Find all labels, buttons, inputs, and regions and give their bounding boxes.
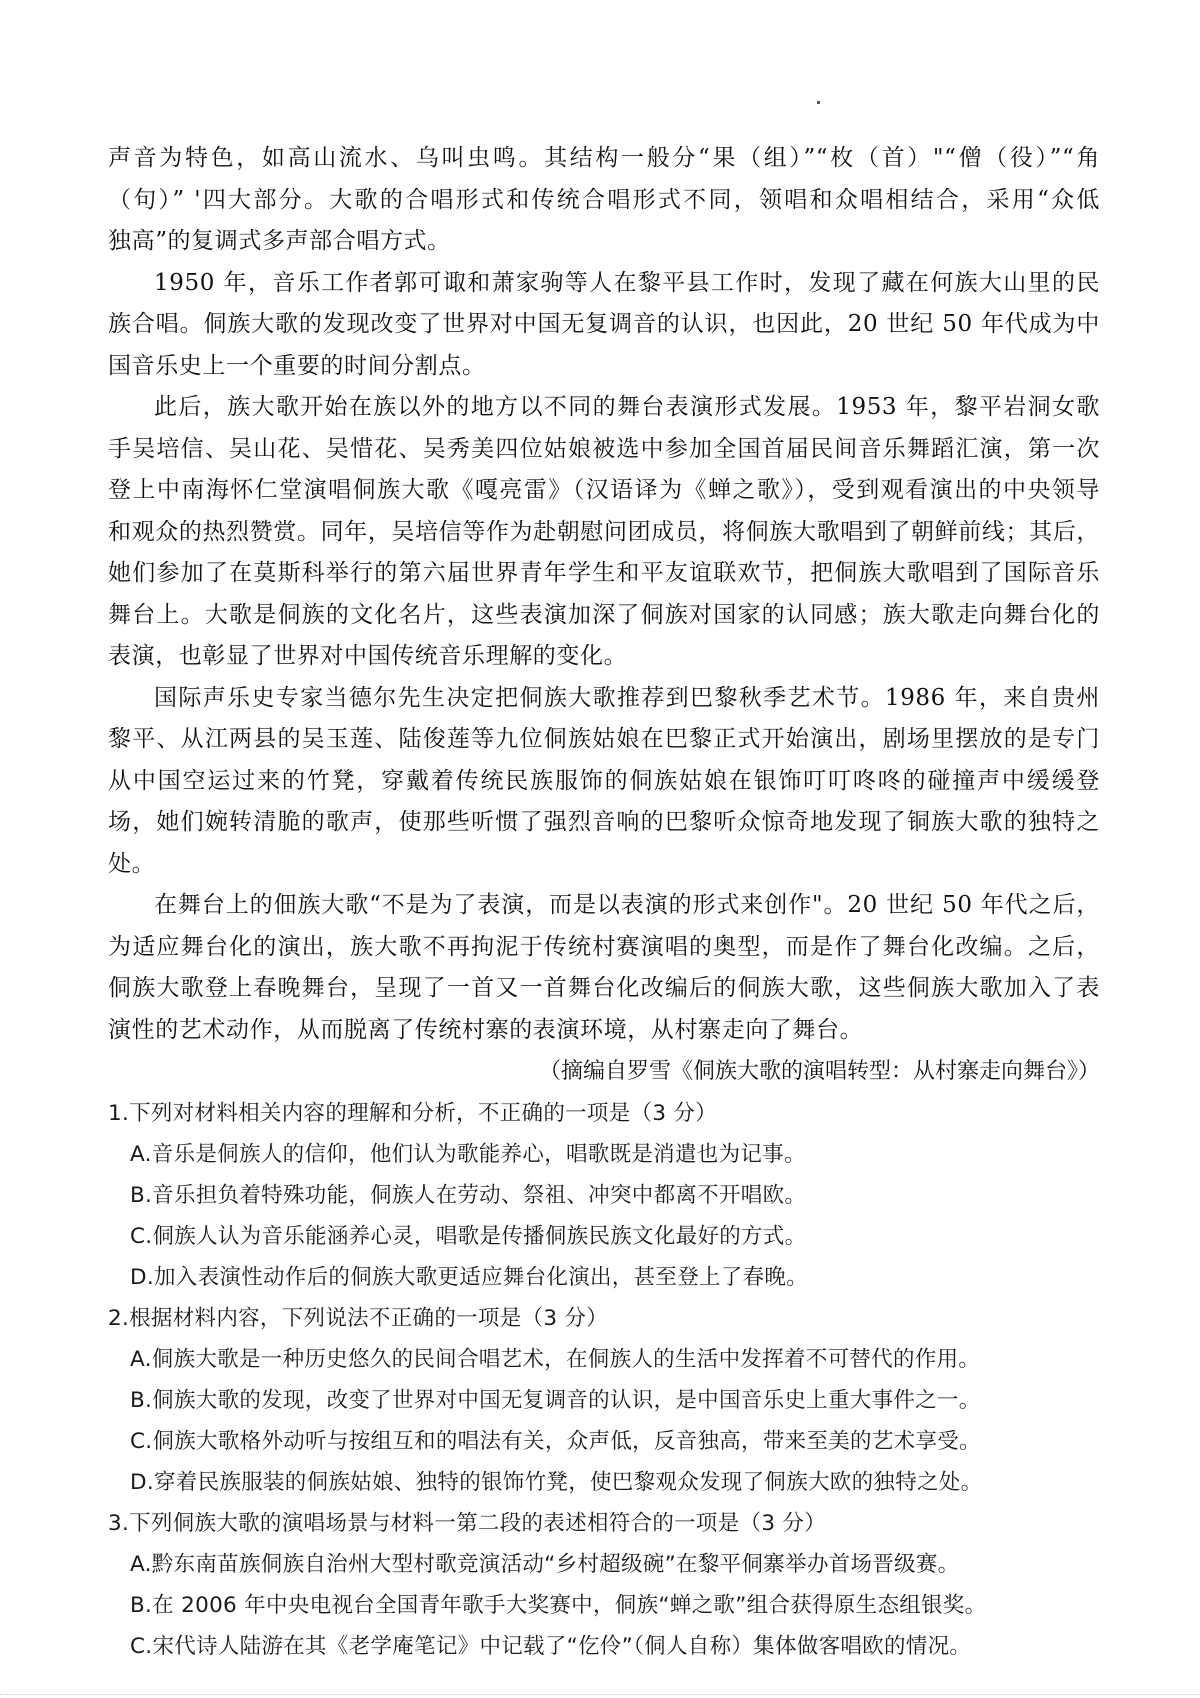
option-c: C.宋代诗人陆游在其《老学庵笔记》中记载了“仡伶”（侗人自称）集体做客唱欧的情况… xyxy=(108,1626,1100,1667)
option-d: D.加入表演性动作后的侗族大歌更适应舞台化演出，甚至登上了春晚。 xyxy=(108,1257,1100,1298)
question-3: 3.下列侗族大歌的演唱场景与材料一第二段的表述相符合的一项是（3 分） A.黔东… xyxy=(108,1503,1100,1667)
question-stem: 1.下列对材料相关内容的理解和分析，不正确的一项是（3 分） xyxy=(108,1093,1100,1134)
passage-line: 族合唱。侗族大歌的发现改变了世界对中国无复调音的认识，也因此，20 世纪 50 … xyxy=(108,304,1100,346)
passage-line: （句）” '四大部分。大歌的合唱形式和传统合唱形式不同，领唱和众唱相结合，采用“… xyxy=(108,180,1100,222)
question-2: 2.根据材料内容，下列说法不正确的一项是（3 分） A.侗族大歌是一种历史悠久的… xyxy=(108,1298,1100,1503)
option-c: C.侗族大歌格外动听与按组互和的唱法有关，众声低，反音独高，带来至美的艺术享受。 xyxy=(108,1421,1100,1462)
passage-line: 为适应舞台化的演出，族大歌不再拘泥于传统村赛演唱的奥型，而是作了舞台化改编。之后… xyxy=(108,927,1100,969)
option-a: A.音乐是侗族人的信仰，他们认为歌能养心，唱歌既是消遣也为记事。 xyxy=(108,1134,1100,1175)
document-body: 声音为特色，如高山流水、乌叫虫鸣。其结构一般分“果（组）”“枚（首）"“僧（役）… xyxy=(108,138,1100,1667)
passage-line: 侗族大歌登上春晚舞台，呈现了一首又一首舞台化改编后的侗族大歌，这些侗族大歌加入了… xyxy=(108,968,1100,1010)
passage-line: 场，她们婉转清脆的歌声，使那些听惯了强烈音响的巴黎听众惊奇地发现了铜族大歌的独特… xyxy=(108,802,1100,844)
page-bottom-edge xyxy=(0,1694,1200,1695)
passage-line: 处。 xyxy=(108,844,1100,886)
passage-line: 黎平、从江两县的吴玉莲、陆俊莲等九位侗族姑娘在巴黎正式开始演出，剧场里摆放的是专… xyxy=(108,719,1100,761)
option-c: C.侗族人认为音乐能涵养心灵，唱歌是传播侗族民族文化最好的方式。 xyxy=(108,1216,1100,1257)
passage-line: 和观众的热烈赞赏。同年，吴培信等作为赴朝慰问团成员，将侗族大歌唱到了朝鲜前线；其… xyxy=(108,512,1100,554)
passage-line: 舞台上。大歌是侗族的文化名片，这些表演加深了侗族对国家的认同感；族大歌走向舞台化… xyxy=(108,595,1100,637)
exam-page: 声音为特色，如高山流水、乌叫虫鸣。其结构一般分“果（组）”“枚（首）"“僧（役）… xyxy=(0,0,1200,1698)
scan-speck xyxy=(817,101,820,104)
passage-line: 演性的艺术动作，从而脱离了传统村寨的表演环境，从村寨走向了舞台。 xyxy=(108,1010,1100,1052)
option-d: D.穿着民族服装的侗族姑娘、独特的银饰竹凳，使巴黎观众发现了侗族大欧的独特之处。 xyxy=(108,1462,1100,1503)
passage-line: 独高”的复调式多声部合唱方式。 xyxy=(108,221,1100,263)
passage-line: 从中国空运过来的竹凳，穿戴着传统民族服饰的侗族姑娘在银饰叮叮咚咚的碰撞声中缓缓登 xyxy=(108,761,1100,803)
option-b: B.侗族大歌的发现，改变了世界对中国无复调音的认识，是中国音乐史上重大事件之一。 xyxy=(108,1380,1100,1421)
passage-source-citation: （摘编自罗雪《侗族大歌的演唱转型：从村寨走向舞台》） xyxy=(108,1051,1100,1093)
reading-passage: 声音为特色，如高山流水、乌叫虫鸣。其结构一般分“果（组）”“枚（首）"“僧（役）… xyxy=(108,138,1100,1093)
passage-line: 手吴培信、吴山花、吴惜花、吴秀美四位姑娘被选中参加全国首届民间音乐舞蹈汇演，第一… xyxy=(108,429,1100,471)
option-b: B.音乐担负着特殊功能，侗族人在劳动、祭祖、冲突中都离不开唱欧。 xyxy=(108,1175,1100,1216)
passage-line: 她们参加了在莫斯科举行的第六届世界青年学生和平友谊联欢节，把侗族大歌唱到了国际音… xyxy=(108,553,1100,595)
option-a: A.黔东南苗族侗族自治州大型村歌竞演活动“乡村超级碗”在黎平侗寨举办首场晋级赛。 xyxy=(108,1544,1100,1585)
passage-line: 声音为特色，如高山流水、乌叫虫鸣。其结构一般分“果（组）”“枚（首）"“僧（役）… xyxy=(108,138,1100,180)
passage-line: 在舞台上的佃族大歌“不是为了表演，而是以表演的形式来创作"。20 世纪 50 年… xyxy=(108,885,1100,927)
option-a: A.侗族大歌是一种历史悠久的民间合唱艺术，在侗族人的生活中发挥着不可替代的作用。 xyxy=(108,1339,1100,1380)
question-stem: 2.根据材料内容，下列说法不正确的一项是（3 分） xyxy=(108,1298,1100,1339)
passage-line: 此后，族大歌开始在族以外的地方以不同的舞台表演形式发展。1953 年，黎平岩洞女… xyxy=(108,387,1100,429)
question-stem: 3.下列侗族大歌的演唱场景与材料一第二段的表述相符合的一项是（3 分） xyxy=(108,1503,1100,1544)
passage-line: 表演，也彰显了世界对中国传统音乐理解的变化。 xyxy=(108,636,1100,678)
passage-line: 1950 年，音乐工作者郭可诹和萧家驹等人在黎平县工作时，发现了藏在何族大山里的… xyxy=(108,263,1100,305)
question-1: 1.下列对材料相关内容的理解和分析，不正确的一项是（3 分） A.音乐是侗族人的… xyxy=(108,1093,1100,1298)
passage-line: 登上中南海怀仁堂演唱侗族大歌《嘎亮雷》（汉语译为《蝉之歌》），受到观看演出的中央… xyxy=(108,470,1100,512)
passage-line: 国际声乐史专家当德尔先生决定把侗族大歌推荐到巴黎秋季艺术节。1986 年，来自贵… xyxy=(108,678,1100,720)
passage-line: 国音乐史上一个重要的时间分割点。 xyxy=(108,346,1100,388)
option-b: B.在 2006 年中央电视台全国青年歌手大奖赛中，侗族“蝉之歌”组合获得原生态… xyxy=(108,1585,1100,1626)
